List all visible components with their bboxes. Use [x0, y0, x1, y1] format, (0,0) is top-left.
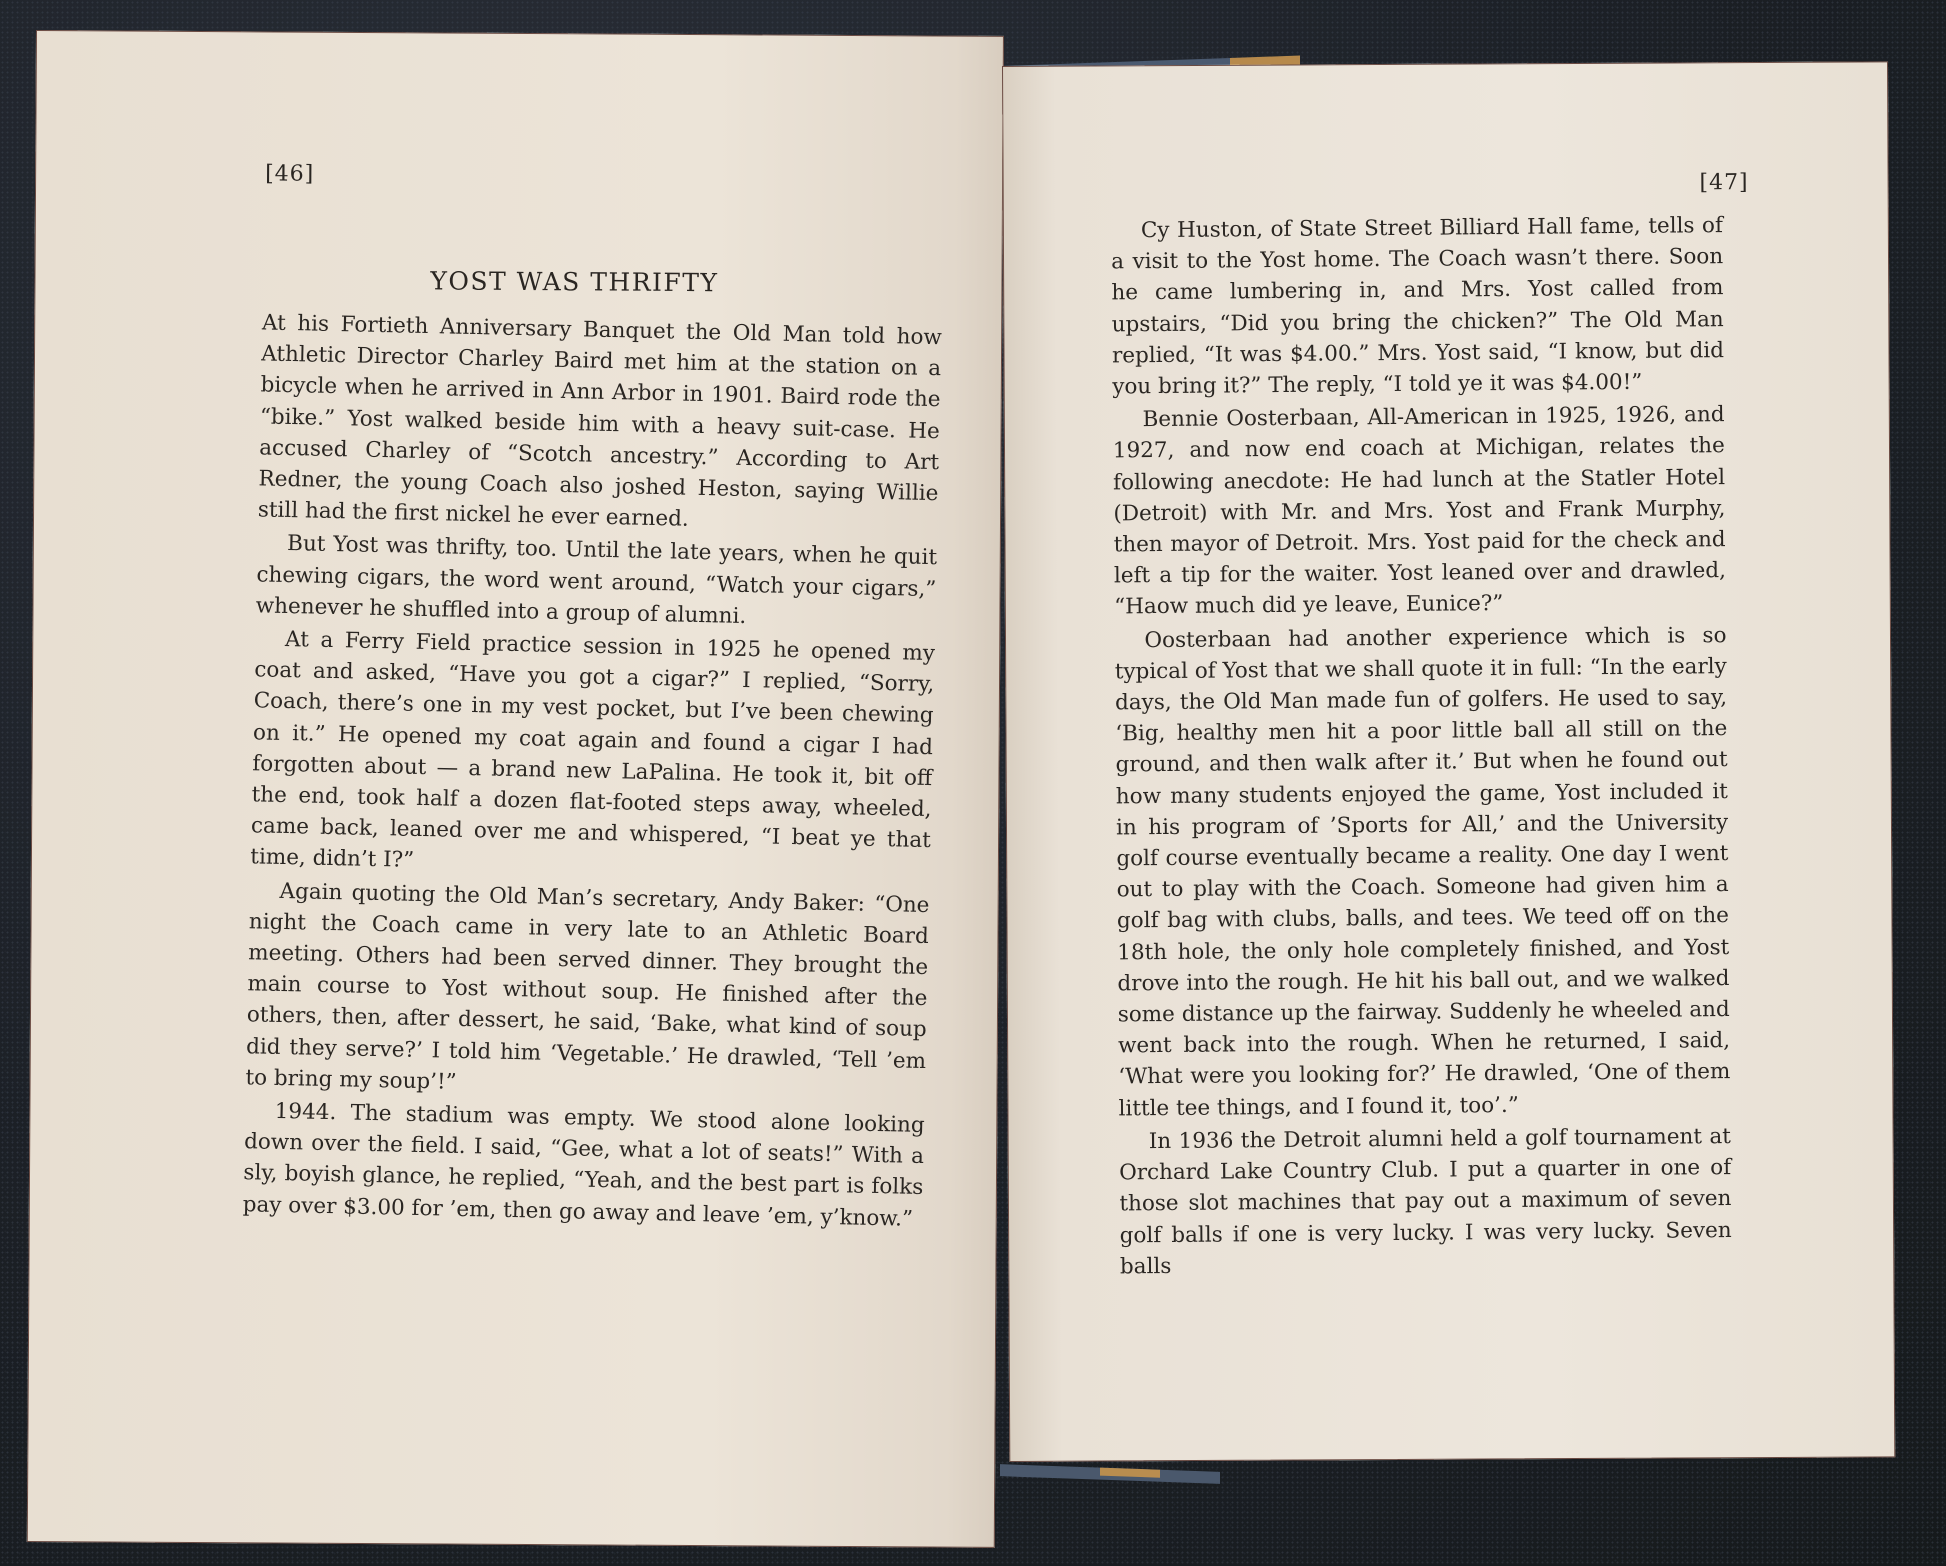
- right-page: [47] Cy Huston, of State Street Billiard…: [1002, 61, 1895, 1462]
- page-number: [46]: [265, 161, 314, 186]
- paragraph: Oosterbaan had another experience which …: [1114, 620, 1730, 1125]
- page-number: [47]: [1699, 170, 1748, 195]
- paragraph: But Yost was thrifty, too. Until the lat…: [255, 528, 937, 636]
- paragraph: Bennie Oosterbaan, All-American in 1925,…: [1112, 399, 1726, 623]
- body-text: At his Fortieth Anniversary Banquet the …: [242, 307, 942, 1237]
- paragraph: At his Fortieth Anniversary Banquet the …: [258, 307, 943, 540]
- paragraph: In 1936 the Detroit alumni held a golf t…: [1119, 1121, 1732, 1282]
- body-text: Cy Huston, of State Street Billiard Hall…: [1111, 210, 1732, 1284]
- chapter-title: YOST WAS THRIFTY: [224, 265, 924, 298]
- paragraph: Cy Huston, of State Street Billiard Hall…: [1111, 210, 1725, 403]
- paragraph: At a Ferry Field practice session in 192…: [250, 623, 935, 887]
- left-page: [46] YOST WAS THRIFTY At his Fortieth An…: [27, 30, 1004, 1548]
- paragraph: 1944. The stadium was empty. We stood al…: [242, 1095, 925, 1235]
- paragraph: Again quoting the Old Man’s secretary, A…: [245, 875, 930, 1108]
